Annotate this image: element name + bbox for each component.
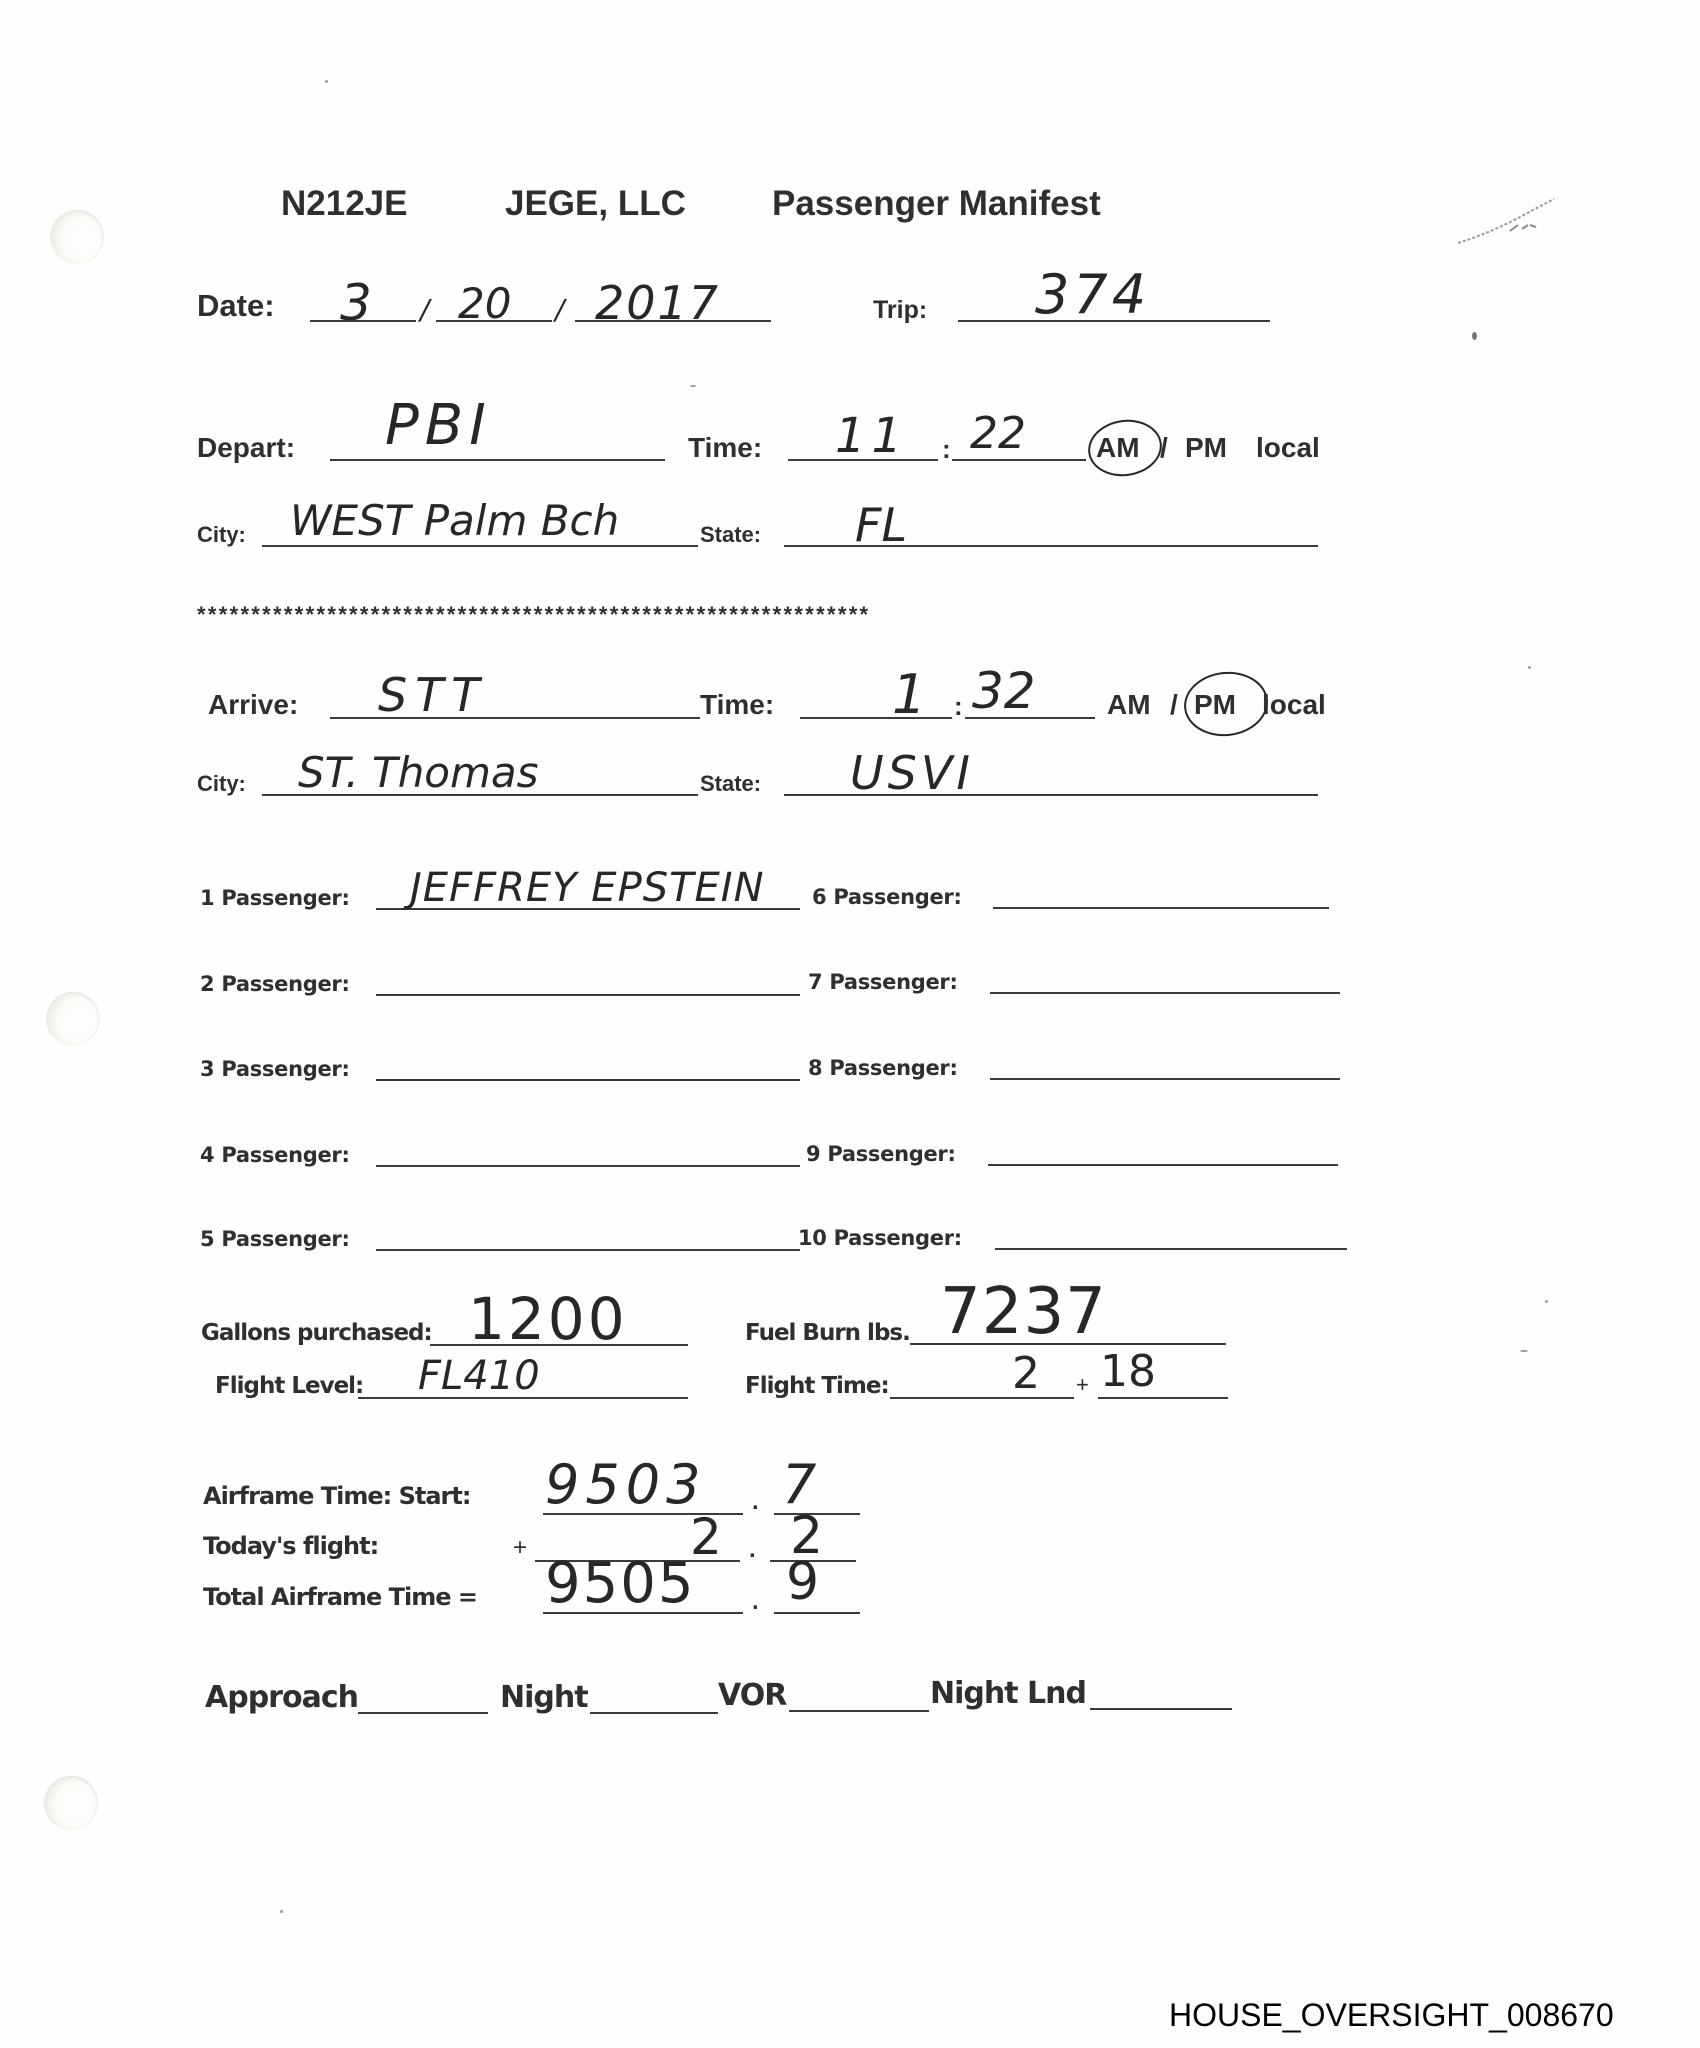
- scan-speck: [280, 1910, 283, 1913]
- fuel-burn-label: Fuel Burn lbs.: [745, 1322, 910, 1345]
- total-airframe-tenth-field[interactable]: 9: [786, 1556, 819, 1608]
- depart-city-line: [262, 545, 698, 547]
- flight-time-minutes-line: [1098, 1397, 1228, 1399]
- date-month-field[interactable]: 3: [340, 278, 372, 328]
- depart-city-label: City:: [197, 524, 246, 546]
- arrive-pm-selected-circle: [1181, 668, 1271, 740]
- approach-line[interactable]: [358, 1712, 488, 1714]
- passenger-2-label: 2 Passenger:: [200, 974, 350, 995]
- section-separator: ****************************************…: [197, 604, 870, 626]
- depart-time-label: Time:: [688, 434, 762, 462]
- passenger-1-field[interactable]: JEFFREY EPSTEIN: [410, 868, 765, 908]
- gallons-field[interactable]: 1200: [468, 1290, 628, 1348]
- arrive-state-label: State:: [700, 773, 761, 795]
- passenger-10-line[interactable]: [995, 1248, 1347, 1250]
- arrive-am-option[interactable]: AM: [1107, 691, 1151, 719]
- passenger-2-line[interactable]: [376, 994, 800, 996]
- scan-mark-icon: [1450, 195, 1560, 265]
- passenger-3-line[interactable]: [376, 1079, 800, 1081]
- flight-level-field[interactable]: FL410: [418, 1356, 540, 1396]
- depart-minute-field[interactable]: 22: [970, 412, 1026, 456]
- airframe-start-whole-field[interactable]: 9503: [545, 1458, 706, 1512]
- depart-line: [330, 459, 665, 461]
- date-year-field[interactable]: 2017: [595, 280, 720, 326]
- tail-number: N212JE: [281, 186, 407, 221]
- total-airframe-dot: .: [752, 1590, 759, 1614]
- passenger-1-label: 1 Passenger:: [200, 888, 350, 909]
- night-label: Night: [500, 1683, 588, 1713]
- approach-label: Approach: [205, 1683, 358, 1713]
- date-label: Date:: [197, 290, 275, 321]
- todays-flight-plus: +: [513, 1536, 527, 1560]
- date-sep-1: /: [420, 296, 429, 324]
- passenger-8-line[interactable]: [990, 1078, 1340, 1080]
- airframe-start-tenth-field[interactable]: 7: [782, 1458, 816, 1512]
- arrive-hour-field[interactable]: 1: [892, 668, 926, 722]
- depart-field[interactable]: PBI: [385, 398, 492, 454]
- arrive-minute-field[interactable]: 32: [972, 666, 1036, 716]
- arrive-time-colon: :: [954, 693, 963, 719]
- flight-time-hours-line: [890, 1397, 1074, 1399]
- night-lnd-label: Night Lnd: [930, 1679, 1086, 1709]
- passenger-9-label: 9 Passenger:: [806, 1144, 956, 1165]
- gallons-label: Gallons purchased:: [201, 1322, 432, 1345]
- total-airframe-label: Total Airframe Time =: [203, 1585, 477, 1609]
- vor-line[interactable]: [789, 1710, 929, 1712]
- depart-state-field[interactable]: FL: [855, 502, 907, 548]
- todays-flight-label: Today's flight:: [203, 1534, 378, 1558]
- passenger-9-line[interactable]: [988, 1164, 1338, 1166]
- arrive-city-label: City:: [197, 773, 246, 795]
- arrive-time-label: Time:: [700, 691, 774, 719]
- airframe-start-dot: .: [752, 1490, 759, 1514]
- night-line[interactable]: [590, 1712, 718, 1714]
- arrive-field[interactable]: STT: [378, 672, 487, 718]
- arrive-period-slash: /: [1170, 691, 1178, 719]
- flight-time-minutes-field[interactable]: 18: [1100, 1350, 1156, 1394]
- passenger-4-label: 4 Passenger:: [200, 1145, 350, 1166]
- scan-speck: [1528, 666, 1531, 669]
- passenger-5-line[interactable]: [376, 1249, 800, 1251]
- airframe-start-label: Airframe Time: Start:: [203, 1484, 470, 1508]
- company-name: JEGE, LLC: [505, 186, 686, 221]
- vor-label: VOR: [718, 1681, 786, 1711]
- punch-hole-top: [50, 210, 104, 264]
- scan-speck: [690, 385, 696, 387]
- arrive-hour-line: [800, 717, 952, 719]
- depart-city-field[interactable]: WEST Palm Bch: [290, 500, 619, 542]
- depart-minute-line: [952, 459, 1086, 461]
- passenger-6-line[interactable]: [993, 907, 1329, 909]
- passenger-8-label: 8 Passenger:: [808, 1058, 958, 1079]
- passenger-5-label: 5 Passenger:: [200, 1229, 350, 1250]
- punch-hole-bottom: [44, 1776, 98, 1830]
- night-lnd-line[interactable]: [1090, 1708, 1232, 1710]
- scan-speck: [325, 80, 328, 83]
- arrive-state-field[interactable]: USVI: [850, 750, 974, 796]
- depart-period-slash: /: [1160, 434, 1168, 462]
- total-airframe-whole-field[interactable]: 9505: [545, 1556, 696, 1612]
- arrive-city-field[interactable]: ST. Thomas: [298, 752, 539, 794]
- passenger-4-line[interactable]: [376, 1165, 800, 1167]
- date-sep-2: /: [555, 296, 564, 324]
- punch-hole-middle: [46, 992, 100, 1046]
- todays-flight-dot: .: [749, 1538, 756, 1562]
- page-title: Passenger Manifest: [772, 186, 1101, 221]
- flight-time-plus: +: [1076, 1374, 1089, 1396]
- passenger-7-label: 7 Passenger:: [808, 972, 958, 993]
- flight-time-hours-field[interactable]: 2: [1012, 1352, 1040, 1396]
- passenger-7-line[interactable]: [990, 992, 1340, 994]
- date-day-field[interactable]: 20: [458, 283, 511, 325]
- depart-hour-field[interactable]: 11: [835, 412, 908, 460]
- scan-speck: [1520, 1350, 1528, 1352]
- trip-field[interactable]: 374: [1035, 268, 1150, 322]
- depart-label: Depart:: [197, 434, 295, 462]
- fuel-burn-field[interactable]: 7237: [940, 1280, 1107, 1344]
- arrive-local-label: local: [1262, 691, 1326, 719]
- depart-state-label: State:: [700, 524, 761, 546]
- passenger-10-label: 10 Passenger:: [798, 1228, 962, 1249]
- arrive-label: Arrive:: [208, 691, 298, 719]
- depart-time-colon: :: [942, 436, 951, 462]
- trip-label: Trip:: [873, 298, 927, 323]
- passenger-6-label: 6 Passenger:: [812, 887, 962, 908]
- passenger-3-label: 3 Passenger:: [200, 1059, 350, 1080]
- depart-local-label: local: [1256, 434, 1320, 462]
- bates-number: HOUSE_OVERSIGHT_008670: [1169, 1999, 1614, 2031]
- scan-speck: [1545, 1300, 1548, 1303]
- scan-speck: [1472, 332, 1477, 340]
- total-airframe-tenth-line: [774, 1612, 860, 1614]
- depart-am-selected-circle: [1084, 415, 1165, 481]
- flight-time-label: Flight Time:: [745, 1375, 889, 1398]
- depart-pm-option[interactable]: PM: [1185, 434, 1227, 462]
- flight-level-label: Flight Level:: [215, 1375, 363, 1398]
